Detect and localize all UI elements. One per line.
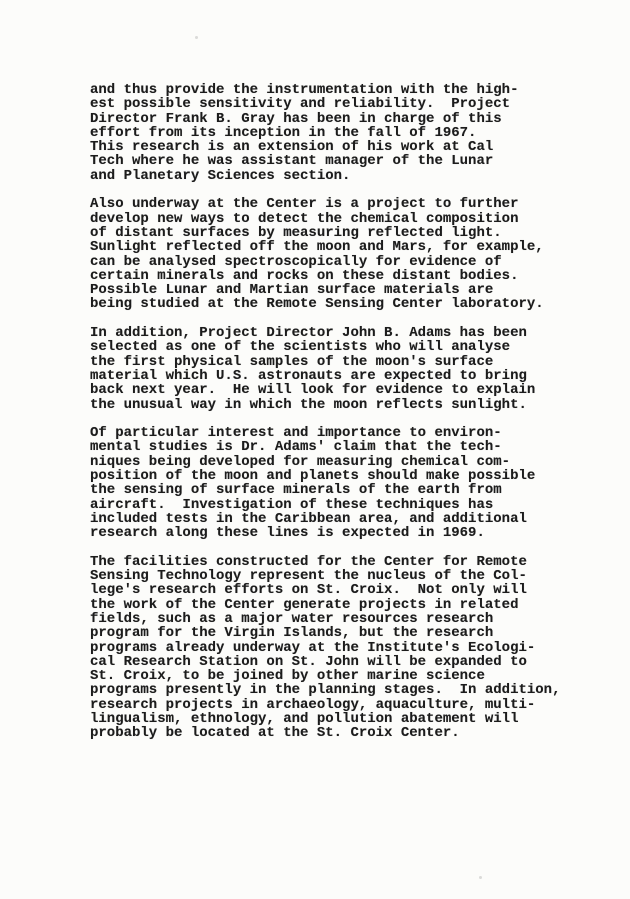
scan-speck — [479, 876, 482, 879]
text-block: and thus provide the instrumentation wit… — [90, 83, 570, 741]
document-page: and thus provide the instrumentation wit… — [0, 0, 630, 899]
paragraph-st-croix-facilities: The facilities constructed for the Cente… — [90, 555, 570, 741]
scan-speck — [195, 36, 198, 39]
paragraph-instrumentation: and thus provide the instrumentation wit… — [90, 83, 570, 183]
paragraph-reflected-light-project: Also underway at the Center is a project… — [90, 197, 570, 311]
paragraph-moon-samples: In addition, Project Director John B. Ad… — [90, 326, 570, 412]
paragraph-environmental-techniques: Of particular interest and importance to… — [90, 426, 570, 540]
